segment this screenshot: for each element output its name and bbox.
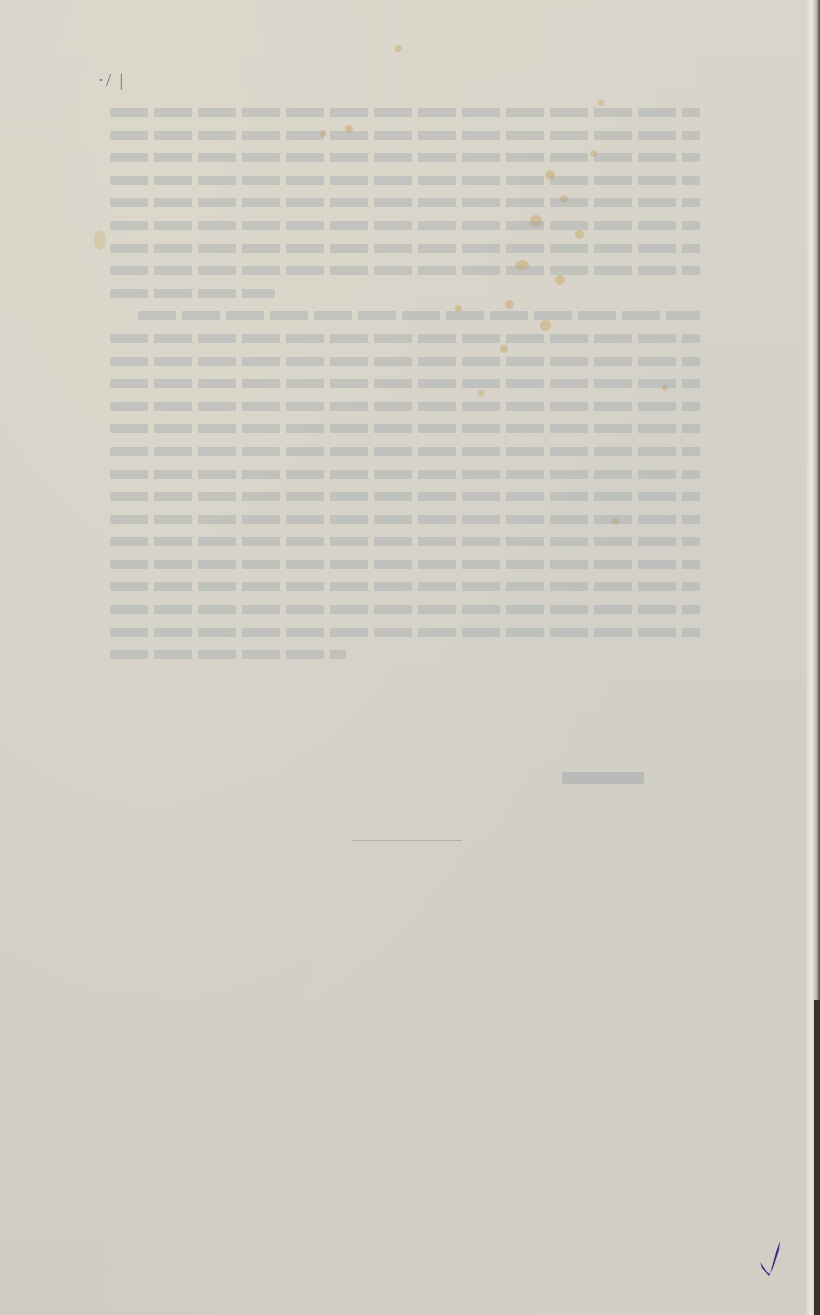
text-line — [110, 447, 700, 456]
text-line — [110, 244, 700, 253]
text-line — [110, 424, 700, 433]
text-line — [110, 560, 700, 569]
text-line — [110, 131, 700, 140]
author-signature-illegible — [562, 772, 644, 784]
paragraph-2 — [110, 311, 700, 659]
text-line — [110, 492, 700, 501]
corner-pencil-mark: ·/ | — [98, 70, 125, 91]
text-line — [110, 537, 700, 546]
text-line — [110, 650, 346, 659]
body-text-illegible — [110, 108, 700, 673]
text-line — [110, 266, 700, 275]
text-line — [110, 357, 700, 366]
handwritten-checkmark-icon — [758, 1238, 784, 1278]
text-line — [110, 628, 700, 637]
text-line — [110, 582, 700, 591]
paragraph-1 — [110, 108, 700, 298]
text-line — [110, 379, 700, 388]
scanned-page: ·/ | — [0, 0, 808, 1315]
page-number-illegible — [385, 70, 435, 82]
text-line — [110, 402, 700, 411]
text-line — [110, 289, 275, 298]
text-line — [110, 198, 700, 207]
text-line — [110, 221, 700, 230]
text-line — [110, 153, 700, 162]
text-line — [110, 108, 700, 117]
text-line — [110, 605, 700, 614]
text-line — [138, 311, 700, 320]
page-edge-shadow — [814, 1000, 820, 1315]
text-line — [110, 176, 700, 185]
text-line — [110, 470, 700, 479]
separator-rule — [352, 840, 462, 841]
text-line — [110, 334, 700, 343]
text-line — [110, 515, 700, 524]
